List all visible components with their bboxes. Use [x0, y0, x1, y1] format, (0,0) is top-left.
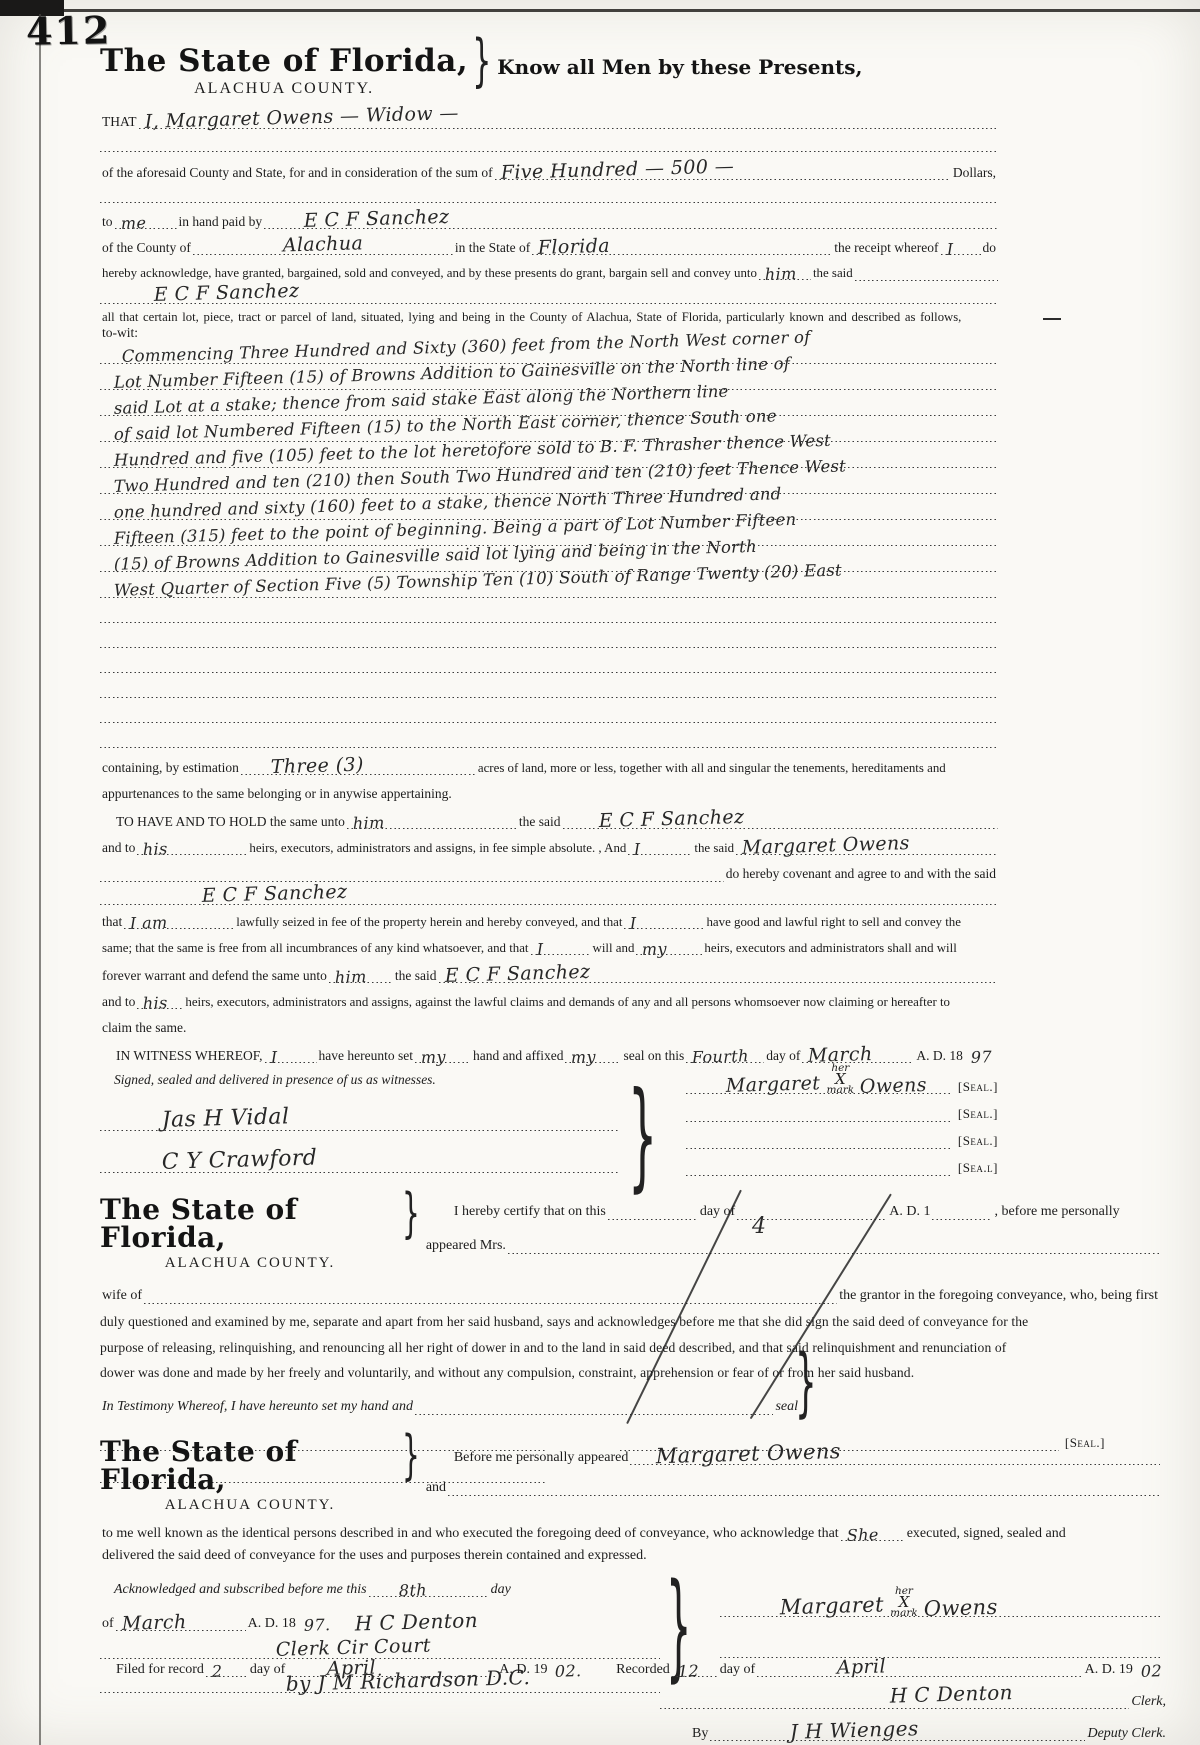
before-appeared-line: Before me personally appeared Margaret O… [424, 1438, 1160, 1466]
i-am-field: I am [124, 916, 234, 930]
label-covenant: do hereby covenant and agree to and with… [724, 866, 998, 882]
label-that: THAT [100, 114, 139, 130]
label-day-of: day of [764, 1048, 802, 1064]
label-and-to: and to [100, 840, 137, 856]
hw-i: I [940, 241, 959, 258]
claims-line: and to his heirs, executors, administrat… [100, 988, 998, 1010]
hw-recorded-day: 12 [671, 1663, 705, 1680]
to-have-line: TO HAVE AND TO HOLD the same unto him th… [100, 804, 998, 830]
payer-field: E C F Sanchez [264, 213, 998, 230]
grantee-field-2: E C F Sanchez [563, 813, 999, 830]
label-acknowledge: hereby acknowledge, have granted, bargai… [100, 266, 759, 281]
label-claim-same: claim the same. [100, 1020, 188, 1036]
delivered-line: delivered the said deed of conveyance fo… [100, 1544, 1160, 1564]
and-i-field: I [628, 842, 692, 856]
testimony-brace: } [795, 1346, 817, 1421]
hw-my-3: my [565, 1049, 602, 1066]
label-acknowledged: Acknowledged and subscribed before me th… [100, 1582, 369, 1598]
his-field: his [137, 842, 247, 856]
label-the-said-2: the said [517, 814, 563, 830]
hw-witness-1: Jas H Vidal [156, 1106, 296, 1132]
dotted-rule [100, 870, 724, 882]
label-the-said-4: the said [393, 968, 439, 984]
dower-paragraph-1: duly questioned and examined by me, sepa… [100, 1314, 1160, 1330]
label-by: By [690, 1726, 710, 1742]
label-parcel: all that certain lot, piece, tract or pa… [100, 310, 963, 325]
label-heirs: heirs, executors, administrators and ass… [247, 841, 628, 856]
county-subtitle: ALACHUA COUNTY. [100, 80, 468, 98]
label-ad-18: A. D. 18 [914, 1048, 965, 1064]
label-certify: I hereby certify that on this [424, 1204, 608, 1220]
hw-state: Florida [532, 237, 617, 258]
hw-recorded-year: 02 [1134, 1663, 1168, 1680]
w-month-field: March [802, 1047, 914, 1064]
label-seal-on-this: seal on this [621, 1048, 686, 1064]
dotted-rule [508, 1242, 1160, 1254]
dotted-rule [448, 1484, 1160, 1496]
signature-block: Signed, sealed and delivered in presence… [100, 1068, 998, 1176]
deputy-signature-field: J H Wienges [710, 1724, 1085, 1742]
i-field-3: I [624, 916, 704, 930]
paid-by-line: to me in hand paid by E C F Sanchez [100, 208, 998, 230]
grantee-field-4: E C F Sanchez [439, 967, 998, 984]
label-to-have: TO HAVE AND TO HOLD the same unto [100, 814, 347, 830]
hw-i-3: I [624, 915, 643, 932]
label-lawful-right: have good and lawful right to sell and c… [704, 915, 963, 930]
hw-i-2: I [628, 841, 647, 858]
label-state-of: in the State of [453, 240, 532, 256]
label-same: same; that the same is free from all inc… [100, 941, 531, 956]
label-deputy-clerk: Deputy Clerk. [1085, 1726, 1168, 1742]
warrant-line: forever warrant and defend the same unto… [100, 960, 998, 984]
presents-title: Know all Men by these Presents, [497, 56, 862, 78]
hw-amount: Five Hundred — 500 — [494, 157, 740, 183]
seal-column: Margaret her X mark Owens [Seal.] [Seal.… [640, 1068, 998, 1176]
deed-record-page: 412 The State of Florida, ALACHUA COUNTY… [0, 0, 1200, 1745]
containing-line: containing, by estimation Three (3) acre… [100, 752, 998, 776]
hw-my-2: my [415, 1049, 452, 1066]
unto-field: him [759, 267, 811, 281]
header-left: The State of Florida, ALACHUA COUNTY. [100, 46, 468, 98]
hw-stray-mark: 4 [752, 1214, 766, 1239]
document-header: The State of Florida, ALACHUA COUNTY. } … [100, 46, 998, 98]
witness-column: Signed, sealed and delivered in presence… [100, 1068, 640, 1176]
label-and-to-2: and to [100, 994, 137, 1010]
grantee-sig-line-2: E C F Sanchez [100, 884, 998, 908]
blank-rule [100, 676, 998, 701]
label-ad-18-2: A. D. 18 [246, 1616, 298, 1632]
label-do: do [981, 240, 999, 256]
hw-his-2: his [137, 995, 174, 1012]
section2-brace: } [402, 1187, 420, 1240]
label-heirs-2: heirs, executors and administrators shal… [702, 941, 958, 956]
mark-label: mark [890, 1609, 918, 1618]
my-field: my [636, 942, 702, 956]
hw-appeared-name: Margaret Owens [630, 1441, 848, 1468]
section3-header-row: The State of Florida, ALACHUA COUNTY. } … [100, 1438, 1160, 1514]
county-subtitle: ALACHUA COUNTY. [100, 1255, 400, 1272]
hw-clerk-signature: H C Denton [336, 1610, 484, 1634]
grantor-field: I, Margaret Owens — Widow — [139, 113, 999, 130]
hw-clerk-signature: H C Denton [660, 1682, 1020, 1712]
dotted-rule [855, 269, 998, 281]
grantor-ack-signature-line: Margaret her X mark Owens [720, 1586, 1160, 1618]
scan-edge-top [0, 9, 1200, 12]
hw-me: me [114, 215, 152, 232]
witness-brace: } [628, 1076, 657, 1193]
label-wife-of: wife of [100, 1288, 144, 1304]
grantor-signature-field: Margaret her X mark Owens [686, 1064, 952, 1095]
hw-i-5: I [264, 1049, 283, 1066]
label-forever: forever warrant and defend the same unto [100, 968, 329, 984]
hw-signature-first: Margaret [686, 1074, 827, 1097]
label-before-appeared: Before me personally appeared [424, 1450, 631, 1466]
appeared-name-field: Margaret Owens [630, 1447, 1160, 1466]
blank-rule [100, 651, 998, 676]
section2-header-row: The State of Florida, ALACHUA COUNTY. } … [100, 1196, 1160, 1272]
deputy-clerk-line: By J H Wienges Deputy Clerk. [100, 1716, 1168, 1742]
label-and: and [424, 1480, 448, 1496]
seal-label: [Seal.] [952, 1106, 998, 1122]
label-county-of: of the County of [100, 240, 193, 256]
seal-row-3: [Seal.] [686, 1122, 998, 1149]
label-of: of [100, 1616, 116, 1632]
covenant-line: do hereby covenant and agree to and with… [100, 860, 998, 882]
blank-rule [100, 181, 998, 206]
label-receipt: the receipt whereof [832, 240, 940, 256]
acknowledgment-section: The State of Florida, ALACHUA COUNTY. } … [100, 1438, 1160, 1658]
grantor-line: THAT I, Margaret Owens — Widow — [100, 104, 998, 130]
ack-day-field: 8th [369, 1584, 489, 1598]
dower-paragraph-3: dower was done and made by her freely an… [100, 1365, 1160, 1381]
acreage-field: Three (3) [241, 759, 476, 776]
margin-mark [1043, 318, 1061, 320]
she-field: She [841, 1528, 905, 1542]
county-state-line: of the County of Alachua in the State of… [100, 234, 998, 256]
label-will-and: will and [591, 941, 637, 956]
acknowledged-line: Acknowledged and subscribed before me th… [100, 1572, 660, 1598]
her-mark-stack: her X mark [890, 1587, 918, 1618]
clerk-signature-field: H C Denton [660, 1692, 1129, 1710]
hw-signature-last: Owens [854, 1076, 934, 1097]
hw-recorded-month: April [757, 1657, 893, 1680]
hw-my: my [636, 941, 673, 958]
signed-sealed-line: Signed, sealed and delivered in presence… [100, 1068, 640, 1088]
label-to: to [100, 214, 115, 230]
hw-him: him [759, 266, 803, 283]
hw-signature-last: Owens [917, 1597, 1003, 1620]
blank-rule [100, 726, 998, 751]
dotted-rule [686, 1110, 952, 1122]
hw-filed-day: 2 [206, 1663, 229, 1680]
label-containing: containing, by estimation [100, 760, 241, 776]
w-my-field-2: my [565, 1050, 621, 1064]
seal-row-4: [Sea.l] [686, 1149, 998, 1176]
label-ad-1: A. D. 1 [887, 1204, 932, 1220]
well-known-line: to me well known as the identical person… [100, 1520, 1160, 1542]
hw-grantor-2: Margaret Owens [736, 834, 916, 858]
label-signed-sealed: Signed, sealed and delivered in presence… [100, 1072, 438, 1088]
description-line: West Quarter of Section Five (5) Townshi… [100, 575, 998, 601]
label-appeared-mrs: appeared Mrs. [424, 1238, 508, 1254]
consideration-line: of the aforesaid County and State, for a… [100, 155, 998, 181]
appeared-line: appeared Mrs. [424, 1228, 1160, 1254]
state-field: Florida [532, 239, 832, 256]
label-appurtenances: appurtenances to the same belonging or i… [100, 786, 454, 802]
certify-line: I hereby certify that on this day of A. … [424, 1196, 1160, 1220]
dower-certification-section: The State of Florida, ALACHUA COUNTY. } … [100, 1196, 1160, 1436]
hw-witness-month: March [802, 1045, 879, 1066]
amount-field: Five Hundred — 500 — [495, 164, 951, 181]
dotted-rule [686, 1164, 952, 1176]
hw-ack-day: 8th [368, 1582, 433, 1600]
parcel-line: all that certain lot, piece, tract or pa… [100, 307, 998, 325]
dotted-rule [608, 1208, 698, 1220]
label-clerk: Clerk, [1129, 1694, 1168, 1710]
section3-body: Before me personally appeared Margaret O… [424, 1438, 1160, 1496]
hw-acreage: Three (3) [240, 755, 370, 778]
and-line: and [424, 1472, 1160, 1496]
deed-body-section: The State of Florida, ALACHUA COUNTY. } … [100, 46, 998, 1176]
hw-witness-year: 97 [964, 1049, 998, 1066]
label-executed: executed, signed, sealed and [905, 1526, 1068, 1542]
heirs-line: and to his heirs, executors, administrat… [100, 832, 998, 856]
witness-1-line: Jas H Vidal [100, 1102, 620, 1134]
seal-label: [Seal.] [952, 1079, 998, 1095]
filed-day-field: 2 [206, 1664, 248, 1678]
w-my-field: my [415, 1050, 471, 1064]
hw-she: She [840, 1527, 884, 1544]
grantee-sig-line: E C F Sanchez [100, 281, 998, 307]
recorded-month-field: April [757, 1661, 1082, 1678]
payee-field: me [115, 216, 177, 230]
unto-field-2: him [347, 816, 517, 830]
seal-label: [Sea.l] [952, 1160, 998, 1176]
grantor-field-2: Margaret Owens [736, 839, 998, 856]
receipt-field: I [941, 242, 981, 256]
hw-ack-month: March [115, 1613, 192, 1634]
witness-2-line: C Y Crawford [100, 1144, 620, 1176]
state-title: The State of Florida, [100, 1196, 400, 1252]
label-claims: heirs, executors, administrators and ass… [183, 995, 952, 1010]
his-field-2: his [137, 996, 183, 1010]
dotted-rule [932, 1208, 992, 1220]
label-the-said: the said [811, 266, 855, 281]
section3-header: The State of Florida, ALACHUA COUNTY. [100, 1438, 400, 1514]
label-in-witness: IN WITNESS WHEREOF, [100, 1048, 265, 1064]
hw-his: his [137, 841, 174, 858]
acknowledge-line: hereby acknowledge, have granted, bargai… [100, 259, 998, 281]
label-hand-affixed: hand and affixed [471, 1048, 565, 1064]
hw-grantor-name: I, Margaret Owens — Widow — [138, 104, 464, 132]
incumbrances-line: same; that the same is free from all inc… [100, 932, 998, 956]
state-title: The State of Florida, [100, 1438, 400, 1494]
state-title: The State of Florida, [100, 46, 468, 77]
hw-grantee-2: E C F Sanchez [562, 808, 750, 832]
label-dollars: Dollars, [951, 165, 998, 181]
label-the-said-3: the said [692, 841, 736, 856]
of-month-line: of March A. D. 18 97. H C Denton [100, 1604, 660, 1632]
seal-label: [Seal.] [952, 1133, 998, 1149]
label-grantor-foregoing: the grantor in the foregoing conveyance,… [837, 1288, 1160, 1304]
scan-edge-left [39, 14, 41, 1745]
dotted-rule [415, 1403, 773, 1415]
label-well-known: to me well known as the identical person… [100, 1526, 841, 1542]
testimony-line: In Testimony Whereof, I have hereunto se… [100, 1391, 800, 1415]
label-day-of-2: day of [718, 1662, 757, 1678]
blank-rule [100, 601, 998, 626]
appurtenances-line: appurtenances to the same belonging or i… [100, 780, 998, 802]
hw-grantee-4: E C F Sanchez [438, 963, 596, 986]
county-field: Alachua [193, 239, 453, 256]
blank-rule [100, 701, 998, 726]
seized-line: that I am lawfully seized in fee of the … [100, 908, 998, 930]
w-i-field: I [265, 1050, 317, 1064]
label-acres: acres of land, more or less, together wi… [476, 761, 948, 776]
hw-i-4: I [530, 941, 549, 958]
dotted-rule [144, 1292, 837, 1304]
page-number: 412 [26, 7, 112, 53]
hw-filed-month: April [287, 1658, 383, 1680]
hw-filed-year: 02. [549, 1663, 588, 1680]
hw-witness-day: Fourth [686, 1048, 755, 1066]
hw-county: Alachua [192, 234, 369, 258]
label-seized: lawfully seized in fee of the property h… [234, 915, 624, 930]
dower-paragraph-2: purpose of releasing, relinquishing, and… [100, 1340, 1160, 1356]
hw-payer-name: E C F Sanchez [264, 208, 456, 232]
clerk-line: H C Denton Clerk, [100, 1684, 1168, 1710]
seal-row-2: [Seal.] [686, 1095, 998, 1122]
dotted-rule [686, 1137, 952, 1149]
i-field-4: I [531, 942, 591, 956]
recording-footer: Filed for record 2 day of April A. D. 19… [100, 1652, 1168, 1742]
w-day-field: Fourth [686, 1050, 764, 1064]
header-brace: } [472, 35, 491, 92]
county-subtitle: ALACHUA COUNTY. [100, 1497, 400, 1514]
hw-witness-2: C Y Crawford [156, 1147, 324, 1174]
in-witness-line: IN WITNESS WHEREOF, I have hereunto set … [100, 1038, 998, 1064]
section2-body: I hereby certify that on this day of A. … [424, 1196, 1160, 1254]
section2-header: The State of Florida, ALACHUA COUNTY. [100, 1196, 400, 1272]
wife-of-line: wife of the grantor in the foregoing con… [100, 1280, 1160, 1304]
label-recorded: Recorded [614, 1662, 672, 1678]
label-day: day [489, 1582, 513, 1598]
hw-him-2: him [347, 815, 391, 832]
her-mark-stack: her X mark [827, 1064, 855, 1095]
him-field-3: him [329, 970, 393, 984]
section3-brace: } [402, 1429, 420, 1482]
claim-same-line: claim the same. [100, 1016, 998, 1036]
grantor-ack-signature-field: Margaret her X mark Owens [720, 1587, 1160, 1618]
hw-grantee-name: E C F Sanchez [148, 282, 306, 305]
label-before-me: , before me personally [992, 1204, 1121, 1220]
label-hereunto-set: have hereunto set [317, 1048, 415, 1064]
label-ad-19-b: A. D. 19 [1083, 1662, 1135, 1678]
label-consideration: of the aforesaid County and State, for a… [100, 165, 495, 181]
ack-month-field: March [116, 1615, 246, 1632]
label-towit: to-wit: [100, 325, 140, 341]
seal-row-1: Margaret her X mark Owens [Seal.] [686, 1068, 998, 1095]
label-that-2: that [100, 914, 124, 930]
label-delivered: delivered the said deed of conveyance fo… [100, 1548, 649, 1564]
hw-him-3: him [329, 969, 373, 986]
blank-rule [100, 626, 998, 651]
mark-label: mark [827, 1086, 855, 1095]
hw-deputy-signature: J H Wienges [710, 1718, 925, 1744]
hw-grantee-3: E C F Sanchez [196, 883, 354, 906]
label-testimony: In Testimony Whereof, I have hereunto se… [100, 1399, 415, 1415]
blank-rule [100, 130, 998, 155]
recorded-day-field: 12 [672, 1664, 718, 1678]
hw-ack-year: 97. [298, 1617, 337, 1634]
hw-i-am: I am [124, 915, 174, 932]
label-paid-by: in hand paid by [177, 214, 265, 230]
filed-recorded-line: Filed for record 2 day of April A. D. 19… [100, 1652, 1168, 1678]
label-filed: Filed for record [100, 1662, 206, 1678]
hw-signature-first: Margaret [720, 1594, 891, 1620]
